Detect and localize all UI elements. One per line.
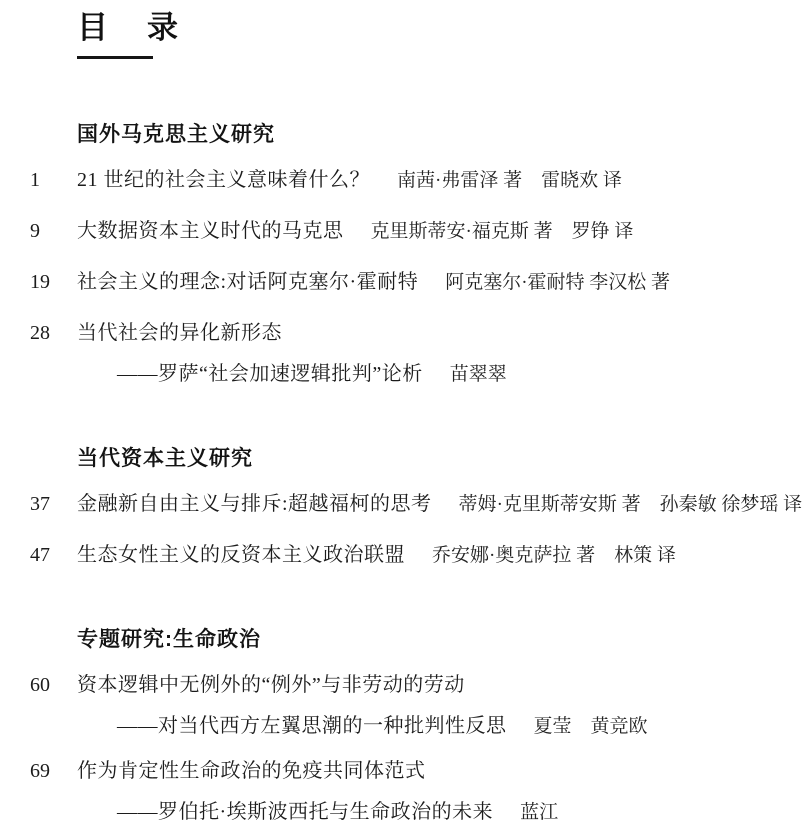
entry-authors: 乔安娜·奥克萨拉 著 林策 译 [432,542,676,570]
toc-entry: 47 生态女性主义的反资本主义政治联盟 乔安娜·奥克萨拉 著 林策 译 [30,541,805,570]
entry-page-number: 69 [30,757,77,785]
toc-entry-subtitle: ——罗伯托·埃斯波西托与生命政治的未来 蓝江 [30,798,805,827]
entry-title: 金融新自由主义与排斥:超越福柯的思考 [77,490,432,518]
section-heading-contemporary-capitalism-studies: 当代资本主义研究 [77,445,805,473]
section-heading-special-topic-biopolitics: 专题研究:生命政治 [77,626,805,654]
entry-authors: 克里斯蒂安·福克斯 著 罗铮 译 [371,218,634,246]
entry-authors: 南茜·弗雷泽 著 雷晓欢 译 [397,167,622,195]
toc-entry: 1 21 世纪的社会主义意味着什么？ 南茜·弗雷泽 著 雷晓欢 译 [30,166,805,195]
entry-authors: 蒂姆·克里斯蒂安斯 著 孙秦敏 徐梦瑶 译 [459,491,803,519]
toc-entry-subtitle: ——罗萨“社会加速逻辑批判”论析 苗翠翠 [30,360,805,389]
entry-title: 作为肯定性生命政治的免疫共同体范式 [77,757,426,785]
entry-subtitle: ——罗伯托·埃斯波西托与生命政治的未来 [117,798,493,826]
page-title: 目 录 [77,10,805,46]
entry-subtitle-authors: 夏莹 黄竞欧 [534,713,648,741]
toc-entry: 69 作为肯定性生命政治的免疫共同体范式 [30,757,805,785]
toc-entry: 9 大数据资本主义时代的马克思 克里斯蒂安·福克斯 著 罗铮 译 [30,217,805,246]
entry-title: 大数据资本主义时代的马克思 [77,217,344,245]
entry-title: 当代社会的异化新形态 [77,319,282,347]
section-heading-foreign-marxism-studies: 国外马克思主义研究 [77,121,805,149]
entry-page-number: 9 [30,217,77,245]
entry-page-number: 47 [30,541,77,569]
entry-subtitle: ——罗萨“社会加速逻辑批判”论析 [117,360,423,388]
entry-page-number: 1 [30,166,77,194]
toc-entry: 28 当代社会的异化新形态 [30,319,805,347]
entry-page-number: 19 [30,268,77,296]
toc-page: 目 录 国外马克思主义研究 1 21 世纪的社会主义意味着什么？ 南茜·弗雷泽 … [0,0,805,840]
entry-title: 生态女性主义的反资本主义政治联盟 [77,541,405,569]
entry-title: 21 世纪的社会主义意味着什么？ [77,166,370,194]
entry-title: 资本逻辑中无例外的“例外”与非劳动的劳动 [77,671,465,699]
entry-page-number: 60 [30,671,77,699]
entry-authors: 阿克塞尔·霍耐特 李汉松 著 [445,269,670,297]
entry-page-number: 37 [30,490,77,518]
toc-entry: 37 金融新自由主义与排斥:超越福柯的思考 蒂姆·克里斯蒂安斯 著 孙秦敏 徐梦… [30,490,805,519]
entry-subtitle: ——对当代西方左翼思潮的一种批判性反思 [117,712,507,740]
title-underline [77,56,153,59]
entry-subtitle-authors: 蓝江 [520,799,558,827]
toc-entry-subtitle: ——对当代西方左翼思潮的一种批判性反思 夏莹 黄竞欧 [30,712,805,741]
entry-page-number: 28 [30,319,77,347]
toc-entry: 19 社会主义的理念:对话阿克塞尔·霍耐特 阿克塞尔·霍耐特 李汉松 著 [30,268,805,297]
entry-subtitle-authors: 苗翠翠 [450,361,507,389]
entry-title: 社会主义的理念:对话阿克塞尔·霍耐特 [77,268,418,296]
toc-entry: 60 资本逻辑中无例外的“例外”与非劳动的劳动 [30,671,805,699]
